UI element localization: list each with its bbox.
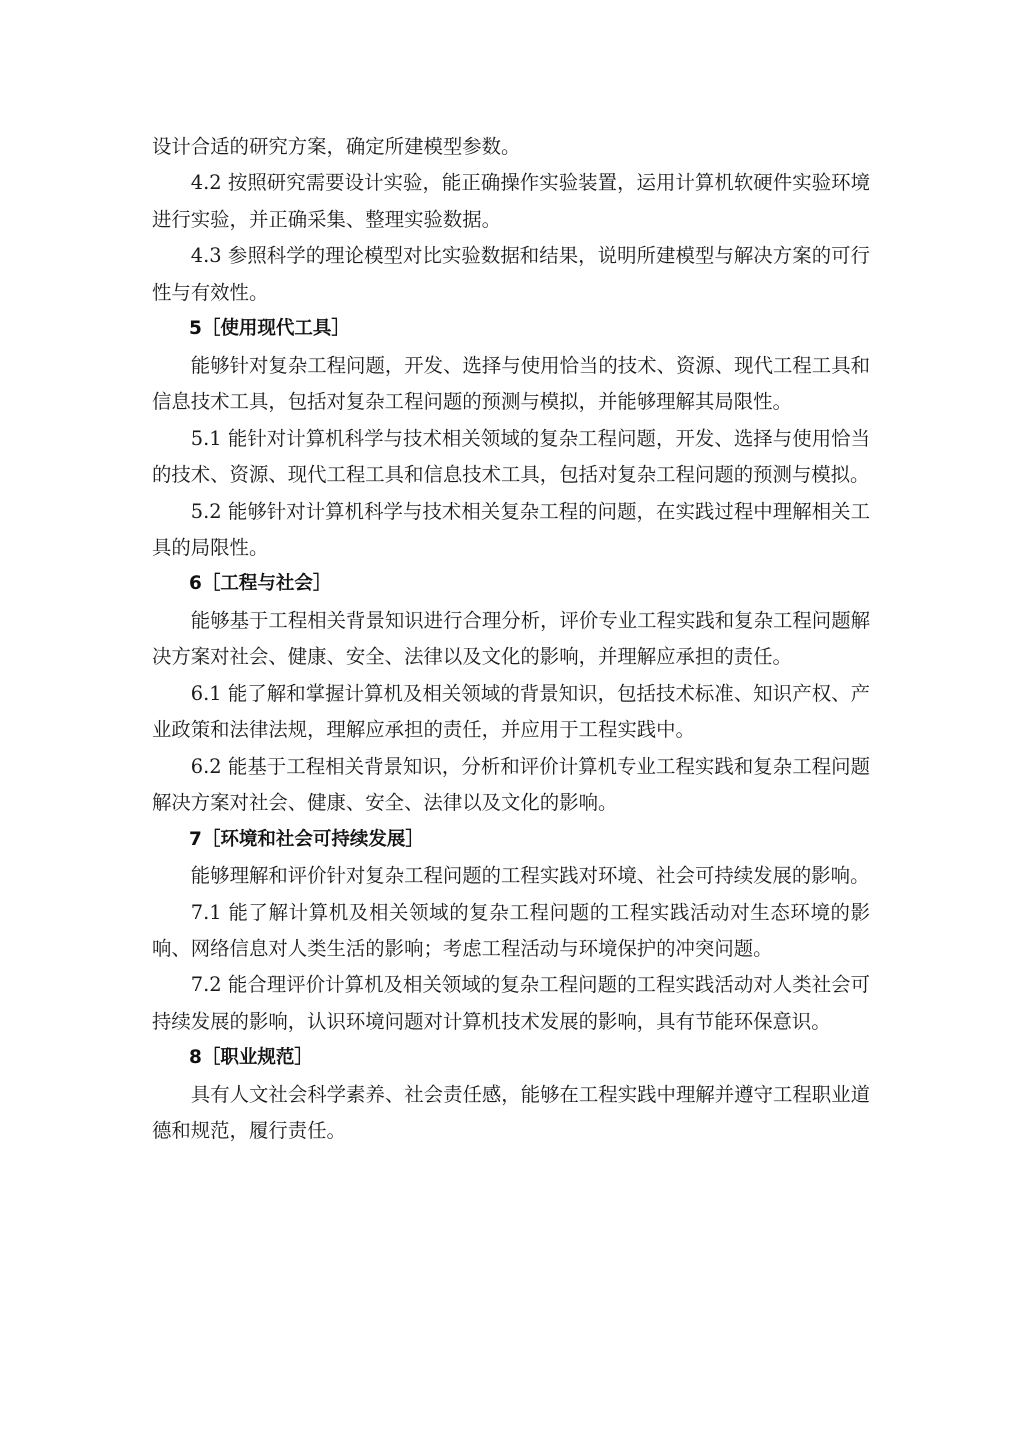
paragraph-8-intro: 具有人文社会科学素养、社会责任感，能够在工程实践中理解并遵守工程职业道德和规范，… xyxy=(152,1077,870,1150)
paragraph-6-2: 6.2 能基于工程相关背景知识，分析和评价计算机专业工程实践和复杂工程问题解决方… xyxy=(152,749,870,822)
paragraph-7-intro: 能够理解和评价针对复杂工程问题的工程实践对环境、社会可持续发展的影响。 xyxy=(152,858,870,894)
paragraph-5-2: 5.2 能够针对计算机科学与技术相关复杂工程的问题，在实践过程中理解相关工具的局… xyxy=(152,494,870,567)
section-heading-5: 5［使用现代工具］ xyxy=(152,311,870,347)
section-heading-8: 8［职业规范］ xyxy=(152,1040,870,1076)
paragraph-6-intro: 能够基于工程相关背景知识进行合理分析，评价专业工程实践和复杂工程问题解决方案对社… xyxy=(152,603,870,676)
document-page: 设计合适的研究方案，确定所建模型参数。 4.2 按照研究需要设计实验，能正确操作… xyxy=(152,129,870,1150)
paragraph-continued: 设计合适的研究方案，确定所建模型参数。 xyxy=(152,129,870,165)
section-heading-6: 6［工程与社会］ xyxy=(152,566,870,602)
paragraph-7-2: 7.2 能合理评价计算机及相关领域的复杂工程问题的工程实践活动对人类社会可持续发… xyxy=(152,967,870,1040)
paragraph-5-intro: 能够针对复杂工程问题，开发、选择与使用恰当的技术、资源、现代工程工具和信息技术工… xyxy=(152,348,870,421)
paragraph-6-1: 6.1 能了解和掌握计算机及相关领域的背景知识，包括技术标准、知识产权、产业政策… xyxy=(152,676,870,749)
paragraph-7-1: 7.1 能了解计算机及相关领域的复杂工程问题的工程实践活动对生态环境的影响、网络… xyxy=(152,895,870,968)
section-heading-7: 7［环境和社会可持续发展］ xyxy=(152,822,870,858)
paragraph-5-1: 5.1 能针对计算机科学与技术相关领域的复杂工程问题，开发、选择与使用恰当的技术… xyxy=(152,421,870,494)
paragraph-4-2: 4.2 按照研究需要设计实验，能正确操作实验装置，运用计算机软硬件实验环境进行实… xyxy=(152,165,870,238)
paragraph-4-3: 4.3 参照科学的理论模型对比实验数据和结果，说明所建模型与解决方案的可行性与有… xyxy=(152,238,870,311)
